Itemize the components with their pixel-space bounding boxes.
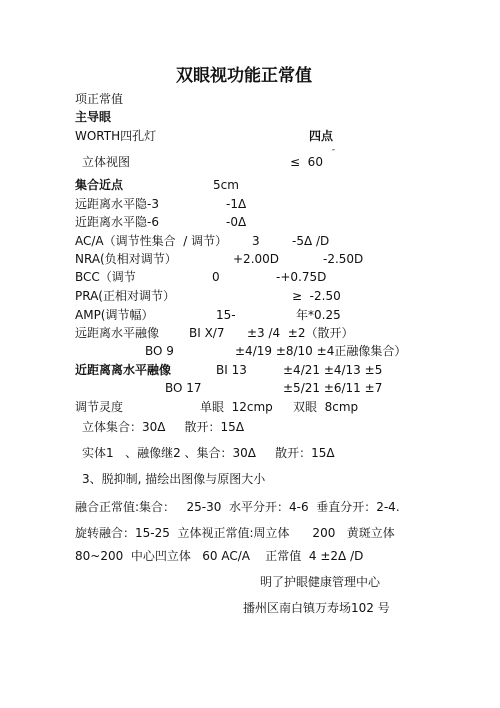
line-text: 立体集合：30Δ 散开：15Δ — [82, 420, 244, 434]
line-value: 双眼 8cmp — [293, 400, 358, 414]
line-value: ±3 /4 ±2（散开） — [247, 326, 354, 340]
line-label: 项正常值 — [75, 92, 123, 106]
line-value: 15- — [216, 308, 236, 322]
line-label: 调节灵度 — [75, 400, 123, 414]
footer-address: 播州区南白镇万寿场102 号 — [243, 601, 390, 615]
line-label: WORTH四孔灯 — [75, 129, 156, 143]
line-value: -+0.75D — [276, 270, 326, 284]
page-title: 双眼视功能正常值 — [176, 66, 312, 86]
line-value: ±5/21 ±6/11 ±7 — [283, 381, 382, 395]
line-label: AC/A（调节性集合 / 调节） — [75, 234, 227, 248]
line-value: 0 — [212, 270, 220, 284]
line-label: 主导眼 — [75, 110, 111, 124]
line-value: 单眼 12cmp — [200, 400, 273, 414]
line-value: BI X/7 — [189, 326, 224, 340]
line-label: 远距离水平隐-3 — [75, 197, 159, 211]
line-label: NRA(负相对调节） — [75, 252, 177, 266]
line-label: PRA(正相对调节） — [75, 289, 175, 303]
line-value: -1Δ — [226, 197, 246, 211]
line-value: BO 9 — [145, 344, 174, 358]
line-label: 立体视图 — [82, 155, 130, 169]
line-value: BO 17 — [165, 381, 202, 395]
line-label: 远距离水平融像 — [75, 326, 159, 340]
arcsec-mark: ″ — [332, 146, 335, 160]
line-value: 3 — [252, 234, 260, 248]
line-value: BI 13 — [216, 363, 247, 377]
footer-org: 明了护眼健康管理中心 — [260, 575, 380, 589]
line-value: ±4/21 ±4/13 ±5 — [283, 363, 382, 377]
line-text: 80~200 中心凹立体 60 AC/A 正常值 4 ±2Δ /D — [75, 549, 363, 563]
line-value: 5cm — [213, 178, 239, 192]
line-value: ±4/19 ±8/10 ±4正融像集合） — [235, 344, 406, 358]
line-text: 实体1 、融像继2 、集合：30Δ 散开：15Δ — [82, 446, 335, 460]
line-label: 近距离离水平融像 — [75, 363, 171, 377]
line-text: 旋转融合：15-25 立体视正常值:周立体 200 黄斑立体 — [75, 526, 395, 540]
line-value: 四点 — [309, 129, 333, 143]
line-label: 近距离水平隐-6 — [75, 215, 159, 229]
line-label: BCC（调节 — [75, 270, 136, 284]
line-label: 集合近点 — [75, 178, 123, 192]
line-text: 3、脱抑制, 描绘出图像与原图大小 — [82, 472, 265, 486]
line-label: AMP(调节幅） — [75, 308, 153, 322]
line-text: 融合正常值:集合： 25-30 水平分开：4-6 垂直分开：2-4. — [75, 500, 400, 514]
line-value: 年*0.25 — [296, 308, 341, 322]
line-value: -5Δ /D — [292, 234, 329, 248]
line-value: ≤ 60 — [290, 155, 323, 169]
line-value: -0Δ — [226, 215, 246, 229]
line-value: +2.00D — [233, 252, 279, 266]
line-value: -2.50D — [323, 252, 363, 266]
line-value: ≥ -2.50 — [292, 289, 341, 303]
